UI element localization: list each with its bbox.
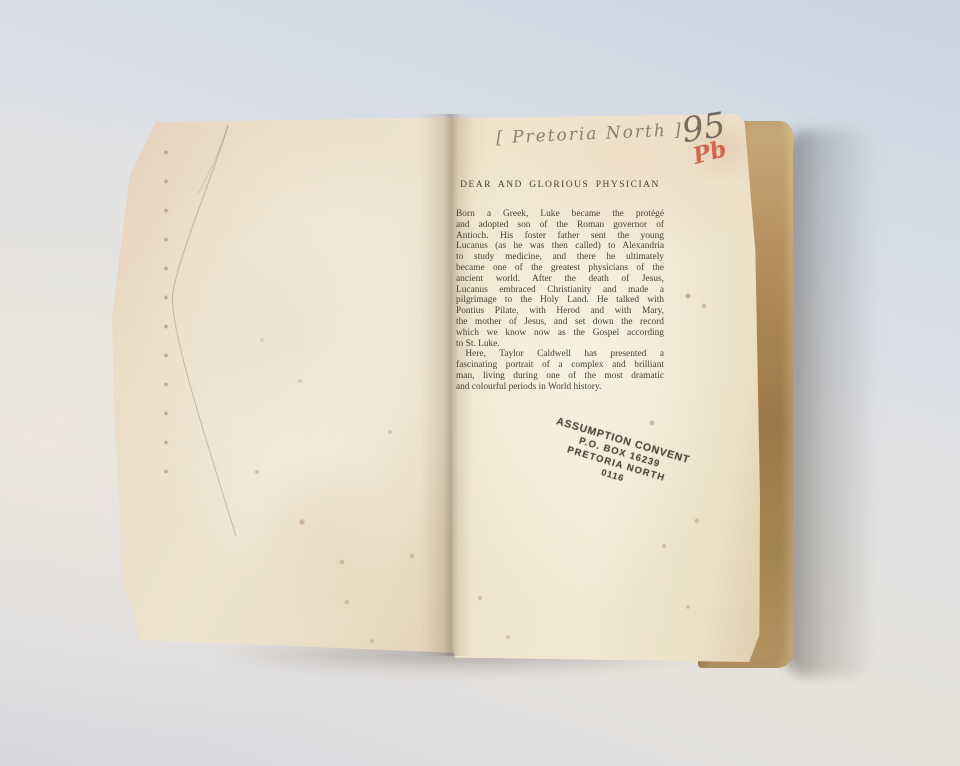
ownership-stamp: ASSUMPTION CONVENT P.O. BOX 16239 PRETOR… [529, 411, 708, 506]
book-cast-shadow-right [784, 130, 876, 676]
photo-open-book: [ Pretoria North ] 95 Pb DEAR AND GLORIO… [0, 0, 960, 766]
right-page-content: [ Pretoria North ] 95 Pb DEAR AND GLORIO… [452, 114, 760, 662]
blurb-paragraph-2-last-line: and colourful periods in World history. [456, 382, 664, 393]
book-title-heading: DEAR AND GLORIOUS PHYSICIAN [456, 180, 664, 190]
blurb-paragraph-1: Born a Greek, Luke became the protégé an… [456, 209, 664, 339]
left-blank-page [110, 116, 454, 656]
blurb-paragraph-2: Here, Taylor Caldwell has presented a fa… [456, 349, 664, 381]
blurb-text-block: Born a Greek, Luke became the protégé an… [456, 209, 664, 393]
paper-crease-lines [110, 116, 454, 656]
pencil-annotation: [ Pretoria North ] [496, 120, 697, 149]
blurb-paragraph-1-last-line: to St. Luke. [456, 339, 664, 350]
